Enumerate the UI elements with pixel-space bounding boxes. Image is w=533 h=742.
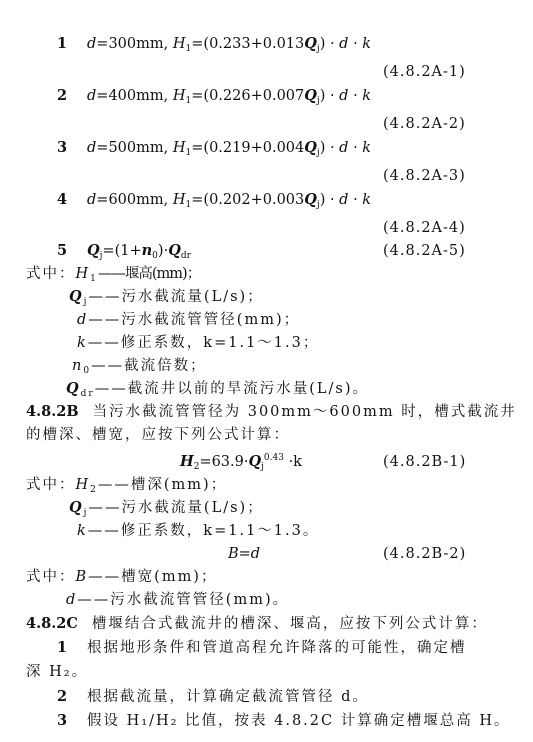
formula-index: 1 — [57, 34, 87, 54]
definition-row: 式中：B——槽宽(mm)； — [26, 567, 217, 587]
formula-index: 2 — [57, 86, 87, 106]
formula-text: =(1+ — [102, 243, 141, 259]
list-item-continuation: 深 H₂。 — [26, 662, 88, 682]
coef-a: 0.233 — [209, 36, 251, 52]
item-index: 3 — [57, 711, 87, 731]
list-item: 2根据截流量，计算确定截流管管径 d。 — [57, 687, 369, 707]
diameter-value: 300mm — [108, 36, 163, 52]
formula-index: 4 — [57, 190, 87, 210]
formula-text: =63.9· — [199, 454, 248, 470]
coef-b: 0.004 — [263, 140, 305, 156]
item-index: 2 — [57, 687, 87, 707]
equation-number: (4.8.2A-4) — [383, 218, 466, 238]
definition-row: Qj——污水截流量(L/s)； — [69, 498, 264, 518]
where-label: 式中： — [26, 477, 76, 493]
formula-text: )· — [158, 243, 168, 259]
section-text: 当污水截流管管径为 300mm～600mm 时，槽式截流井 — [93, 404, 517, 420]
formula-text: ·k — [289, 454, 302, 470]
definition-row: 式中：H2——槽深(mm)； — [26, 475, 227, 495]
definition-row: k——修正系数，k=1.1～1.3。 — [77, 521, 319, 541]
definition-row: n0——截流倍数； — [72, 356, 207, 376]
definition-text: ——槽深(mm)； — [98, 477, 227, 493]
diameter-value: 500mm — [108, 140, 163, 156]
coef-a: 0.219 — [209, 140, 251, 156]
formula-b1: H2=63.9·Qj0.43 ·k — [180, 452, 302, 472]
formula-index: 5 — [57, 241, 87, 261]
definition-text: ——污水截流量(L/s)； — [88, 289, 263, 305]
definition-row: d——污水截流管管径(mm)。 — [66, 590, 289, 610]
definition-row: Qj——污水截流量(L/s)； — [69, 287, 264, 307]
formula-exponent: 0.43 — [264, 453, 284, 463]
equation-number: (4.8.2B-1) — [383, 452, 466, 472]
equation-number: (4.8.2A-5) — [383, 241, 466, 261]
formula-subscript: j — [261, 462, 264, 472]
item-index: 1 — [57, 638, 87, 658]
definition-text: ——污水截流管管径(mm)； — [88, 312, 300, 328]
formula-a5: 5Qj=(1+n0)·Qdr — [57, 241, 191, 261]
item-text: 假设 H₁/H₂ 比值，按表 4.8.2C 计算确定槽堰总高 H。 — [87, 713, 510, 729]
definition-text: ——修正系数，k=1.1～1.3； — [88, 335, 320, 351]
equation-number: (4.8.2B-2) — [383, 544, 466, 564]
section-text: 的槽深、槽宽，应按下列公式计算： — [26, 427, 290, 443]
section-id: 4.8.2C — [26, 615, 78, 632]
coef-b: 0.013 — [263, 36, 305, 52]
definition-text: ——堰高(mm)； — [98, 266, 200, 282]
formula-a2: 2d=400mm, H1=(0.226+0.007Qj) · d · k — [57, 86, 371, 106]
formula-symbol: Q — [248, 453, 261, 470]
section-text: 槽堰结合式截流井的槽深、堰高，应按下列公式计算： — [92, 616, 488, 632]
definition-row: 式中：H1——堰高(mm)； — [26, 264, 200, 284]
formula-b2: B=d — [228, 544, 260, 564]
formula-symbol: H — [180, 453, 194, 470]
item-text: 根据截流量，计算确定截流管管径 d。 — [87, 689, 369, 705]
where-label: 式中： — [26, 569, 76, 585]
list-item: 1根据地形条件和管道高程允许降落的可能性，确定槽 — [57, 638, 467, 658]
definition-text: ——污水截流量(L/s)； — [88, 500, 263, 516]
definition-text: ——修正系数，k=1.1～1.3。 — [88, 523, 320, 539]
diameter-value: 600mm — [108, 192, 163, 208]
formula-a4: 4d=600mm, H1=(0.202+0.003Qj) · d · k — [57, 190, 371, 210]
coef-b: 0.003 — [263, 192, 305, 208]
item-text: 根据地形条件和管道高程允许降落的可能性，确定槽 — [87, 640, 467, 656]
list-item: 3假设 H₁/H₂ 比值，按表 4.8.2C 计算确定槽堰总高 H。 — [57, 711, 510, 731]
section-b-heading: 4.8.2B当污水截流管管径为 300mm～600mm 时，槽式截流井 — [26, 402, 517, 422]
equation-number: (4.8.2A-3) — [383, 166, 466, 186]
definition-row: Qdr——截流井以前的旱流污水量(L/s)。 — [66, 379, 369, 399]
equation-number: (4.8.2A-1) — [383, 62, 466, 82]
coef-a: 0.226 — [209, 88, 251, 104]
definition-row: d——污水截流管管径(mm)； — [77, 310, 300, 330]
coef-a: 0.202 — [209, 192, 251, 208]
formula-a3: 3d=500mm, H1=(0.219+0.004Qj) · d · k — [57, 138, 371, 158]
where-label: 式中： — [26, 266, 76, 282]
formula-index: 3 — [57, 138, 87, 158]
equation-number: (4.8.2A-2) — [383, 114, 466, 134]
definition-text: ——槽宽(mm)； — [88, 569, 217, 585]
formula-a1: 1d=300mm, H1=(0.233+0.013Qj) · d · k — [57, 34, 371, 54]
definition-text: ——污水截流管管径(mm)。 — [77, 592, 289, 608]
section-b-text: 的槽深、槽宽，应按下列公式计算： — [26, 425, 290, 445]
definition-text: ——截流倍数； — [91, 358, 207, 374]
section-c-heading: 4.8.2C槽堰结合式截流井的槽深、堰高，应按下列公式计算： — [26, 614, 488, 634]
definition-row: k——修正系数，k=1.1～1.3； — [77, 333, 319, 353]
coef-b: 0.007 — [263, 88, 305, 104]
definition-text: ——截流井以前的旱流污水量(L/s)。 — [95, 381, 369, 397]
diameter-value: 400mm — [108, 88, 163, 104]
section-id: 4.8.2B — [26, 403, 79, 420]
